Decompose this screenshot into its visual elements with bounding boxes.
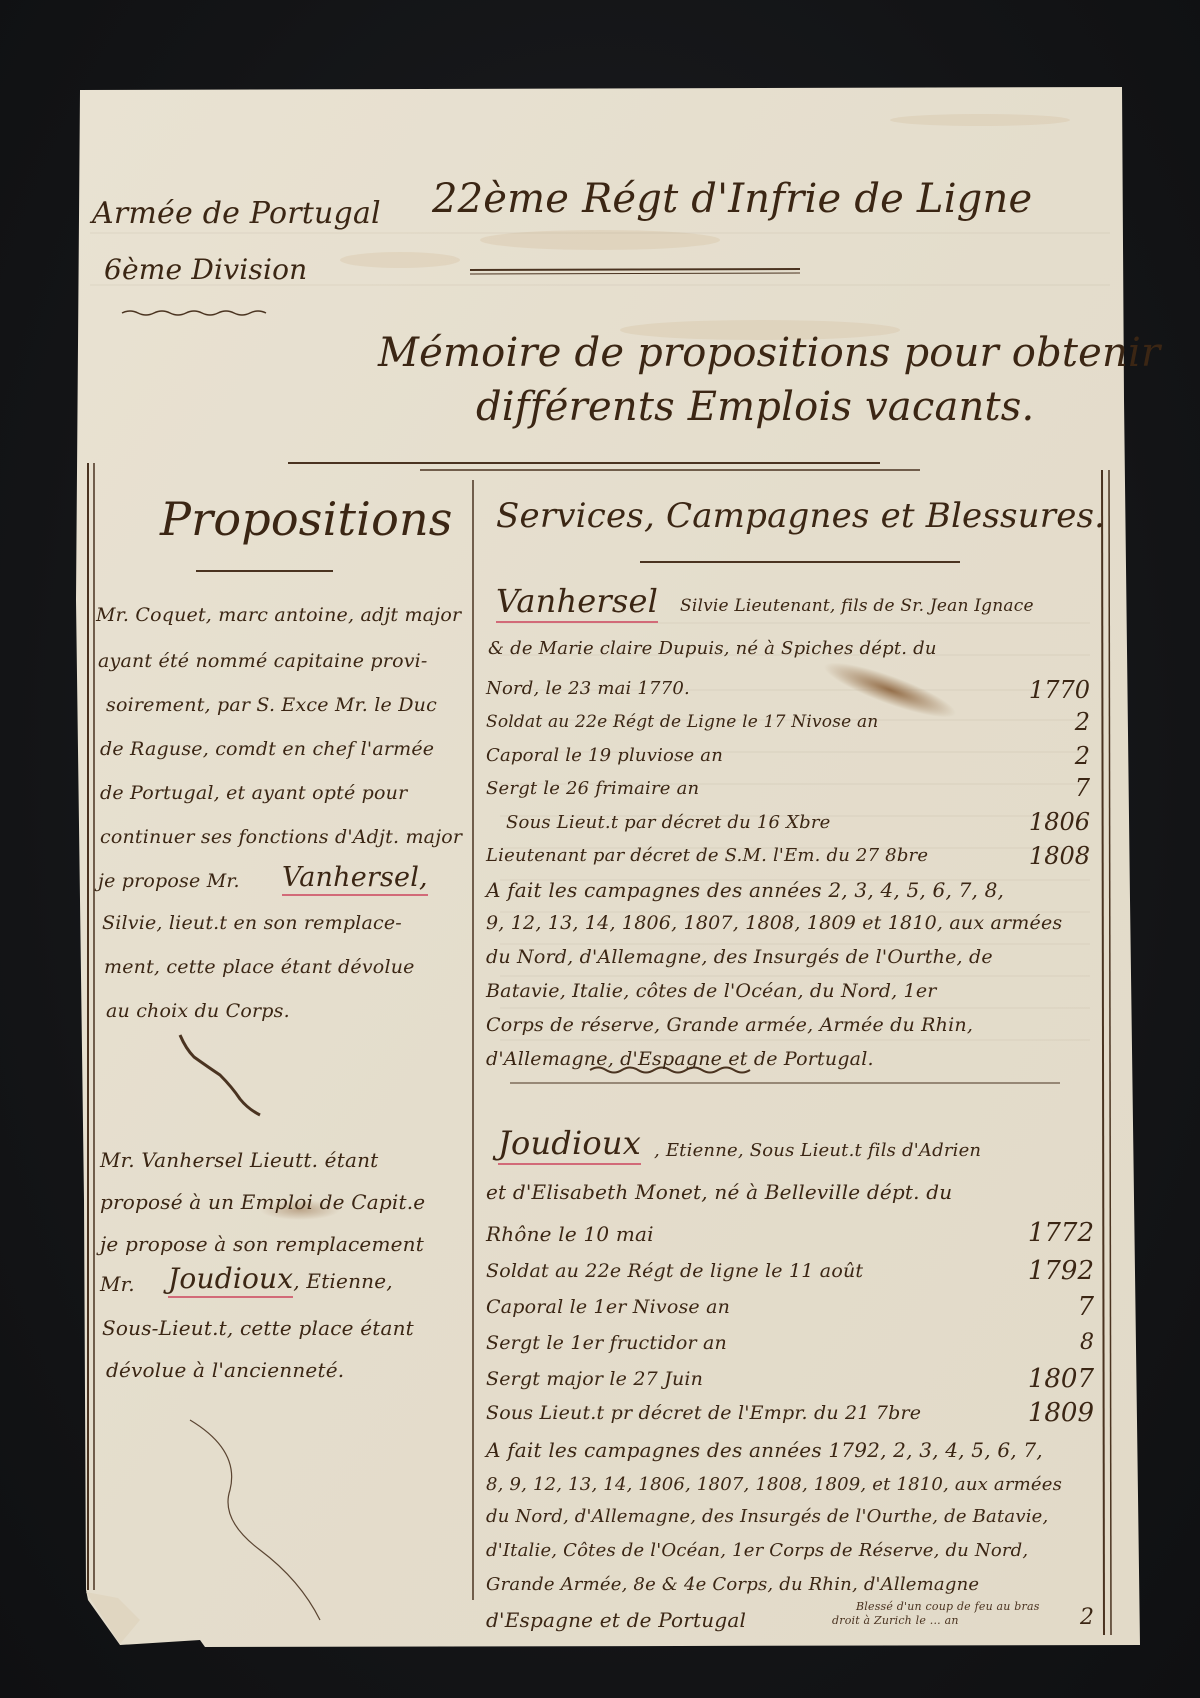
campaign-line: d'Italie, Côtes de l'Océan, 1er Corps de… — [486, 1540, 1028, 1561]
service-entry-year: 2 — [1000, 742, 1090, 770]
proposed-name-highlight: Joudioux, Etienne, — [168, 1262, 393, 1295]
service-entry-text: Lieutenant par décret de S.M. l'Em. du 2… — [486, 845, 928, 866]
service-intro: , Etienne, Sous Lieut.t fils d'Adrien — [654, 1140, 981, 1161]
memoire-title-line2: différents Emplois vacants. — [476, 384, 1034, 430]
propositions-heading: Propositions — [160, 492, 453, 546]
service-entry-year: 1770 — [1000, 676, 1090, 704]
campaign-line: d'Allemagne, d'Espagne et de Portugal. — [486, 1048, 874, 1070]
service-intro: & de Marie claire Dupuis, né à Spiches d… — [488, 638, 937, 659]
campaign-line: A fait les campagnes des années 2, 3, 4,… — [486, 878, 1004, 902]
prop2-line: Sous-Lieut.t, cette place étant — [102, 1316, 414, 1340]
regiment-title: 22ème Régt d'Infrie de Ligne — [432, 176, 1032, 222]
prop1-line: de Portugal, et ayant opté pour — [100, 782, 407, 804]
prop1-line: Silvie, lieut.t en son remplace- — [102, 912, 402, 934]
prop1-line: de Raguse, comdt en chef l'armée — [100, 738, 434, 760]
service-intro: Silvie Lieutenant, fils de Sr. Jean Igna… — [680, 596, 1034, 616]
prop1-line: je propose Mr. — [98, 870, 240, 892]
service-entry-text: Caporal le 19 pluviose an — [486, 745, 723, 766]
prop2-line: je propose à son remplacement — [100, 1232, 424, 1256]
service-entry-text: Rhône le 10 mai — [486, 1222, 654, 1246]
service-entry-year: 7 — [1000, 774, 1090, 802]
service-name: Joudioux — [498, 1124, 641, 1162]
prop1-line: soirement, par S. Exce Mr. le Duc — [106, 694, 437, 716]
service-entry-year: 1808 — [1000, 842, 1090, 870]
service-entry-year: 1806 — [1000, 808, 1090, 836]
service-entry-text: Nord, le 23 mai 1770. — [486, 678, 690, 699]
service-entry-text: Sous Lieut.t pr décret de l'Empr. du 21 … — [486, 1402, 921, 1424]
service-entry-year: 8 — [1004, 1330, 1094, 1355]
service-entry-year: 2 — [1000, 708, 1090, 736]
manuscript-page: Armée de Portugal 6ème Division 22ème Ré… — [0, 0, 1200, 1698]
campaign-line: Batavie, Italie, côtes de l'Océan, du No… — [486, 980, 937, 1002]
prop1-line: au choix du Corps. — [106, 1000, 290, 1022]
wound-note-year: 2 — [1004, 1605, 1094, 1630]
campaign-line: Corps de réserve, Grande armée, Armée du… — [486, 1014, 973, 1036]
campaign-line: 9, 12, 13, 14, 1806, 1807, 1808, 1809 et… — [486, 912, 1062, 934]
proposed-name-highlight: Vanhersel, — [282, 862, 428, 893]
campaign-line: A fait les campagnes des années 1792, 2,… — [486, 1438, 1043, 1462]
service-entry-text: Sergt le 1er fructidor an — [486, 1332, 727, 1354]
prop2-line: proposé à un Emploi de Capit.e — [100, 1190, 425, 1214]
campaign-line: d'Espagne et de Portugal — [486, 1608, 746, 1632]
service-entry-year: 1792 — [1004, 1256, 1094, 1286]
prop1-line: Mr. Coquet, marc antoine, adjt major — [96, 604, 461, 626]
service-entry-text: Sergt le 26 frimaire an — [486, 778, 699, 799]
campaign-line: du Nord, d'Allemagne, des Insurgés de l'… — [486, 946, 993, 968]
prop2-line: Mr. Vanhersel Lieutt. étant — [100, 1148, 378, 1172]
service-entry-text: Sous Lieut.t par décret du 16 Xbre — [506, 812, 831, 833]
service-name: Vanhersel — [496, 582, 658, 620]
service-entry-text: Soldat au 22e Régt de ligne le 11 août — [486, 1260, 863, 1282]
division-label: 6ème Division — [104, 253, 307, 286]
campaign-line: du Nord, d'Allemagne, des Insurgés de l'… — [486, 1506, 1048, 1527]
services-heading: Services, Campagnes et Blessures. — [496, 496, 1105, 536]
wound-note: droit à Zurich le ... an — [832, 1614, 959, 1627]
campaign-line: 8, 9, 12, 13, 14, 1806, 1807, 1808, 1809… — [486, 1474, 1062, 1495]
prop1-line: ment, cette place étant dévolue — [104, 956, 415, 978]
prop1-line: continuer ses fonctions d'Adjt. major — [100, 826, 462, 848]
memoire-title-line1: Mémoire de propositions pour obtenir — [378, 330, 1160, 376]
campaign-line: Grande Armée, 8e & 4e Corps, du Rhin, d'… — [486, 1574, 979, 1595]
prop2-line: dévolue à l'ancienneté. — [106, 1358, 344, 1382]
service-intro: et d'Elisabeth Monet, né à Belleville dé… — [486, 1180, 952, 1204]
service-entry-year: 1807 — [1004, 1364, 1094, 1394]
prop1-line: ayant été nommé capitaine provi- — [98, 650, 428, 672]
service-entry-text: Soldat au 22e Régt de Ligne le 17 Nivose… — [486, 712, 878, 732]
service-entry-year: 1772 — [1004, 1218, 1094, 1248]
prop2-line: Mr. — [100, 1272, 135, 1296]
service-entry-text: Caporal le 1er Nivose an — [486, 1296, 730, 1318]
army-label: Armée de Portugal — [92, 196, 381, 231]
service-entry-text: Sergt major le 27 Juin — [486, 1368, 703, 1390]
service-entry-year: 7 — [1004, 1292, 1094, 1322]
service-entry-year: 1809 — [1004, 1398, 1094, 1428]
